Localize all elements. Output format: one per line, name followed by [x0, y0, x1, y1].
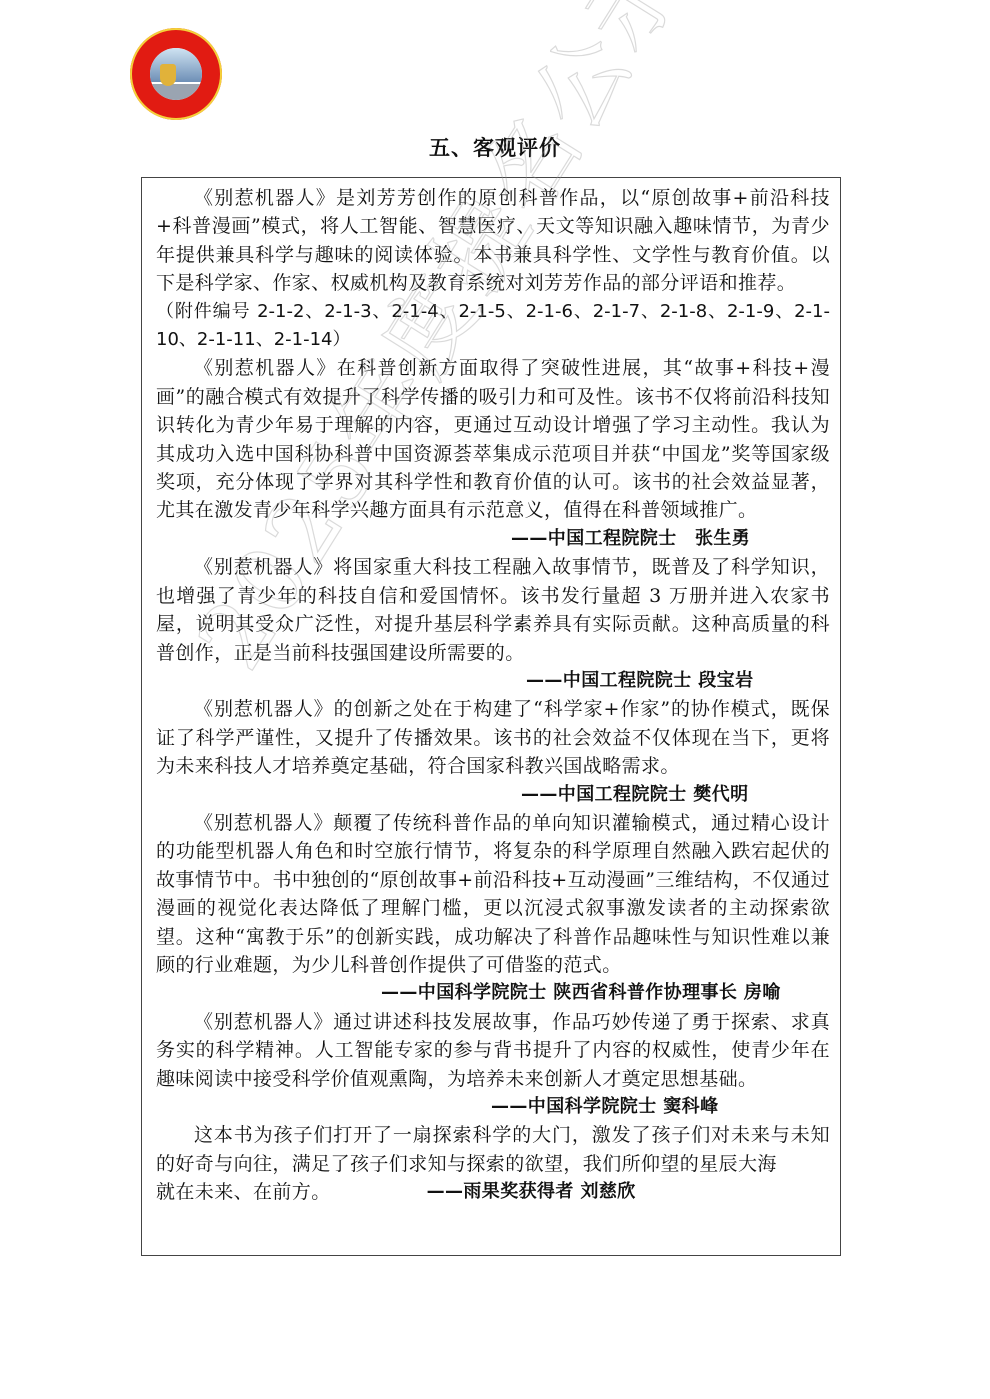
review-signature: ——中国工程院院士 段宝岩 [156, 667, 830, 695]
review-signature: ——中国科学院院士 陕西省科普作协理事长 房喻 [156, 979, 830, 1007]
review-signature: ——雨果奖获得者 刘慈欣 [427, 1178, 636, 1206]
review-text: 这本书为孩子们打开了一扇探索科学的大门，激发了孩子们对未来与未知的好奇与向往，满… [156, 1121, 830, 1178]
review-text: 《别惹机器人》将国家重大科技工程融入故事情节，既普及了科学知识，也增强了青少年的… [156, 553, 830, 667]
review-signature: ——中国工程院院士 张生勇 [156, 525, 830, 553]
review-text: 《别惹机器人》的创新之处在于构建了“科学家+作家”的协作模式，既保证了科学严谨性… [156, 695, 830, 780]
organization-seal-logo [130, 28, 222, 120]
evaluation-box: 《别惹机器人》是刘芳芳创作的原创科普作品，以“原创故事+前沿科技+科普漫画”模式… [141, 177, 841, 1256]
review-signature: ——中国工程院院士 樊代明 [156, 781, 830, 809]
review-text: 《别惹机器人》通过讲述科技发展故事，作品巧妙传递了勇于探索、求真务实的科学精神。… [156, 1008, 830, 1093]
review-text: 《别惹机器人》颠覆了传统科普作品的单向知识灌输模式，通过精心设计的功能型机器人角… [156, 809, 830, 979]
section-title: 五、客观评价 [0, 132, 990, 162]
intro-paragraph: 《别惹机器人》是刘芳芳创作的原创科普作品，以“原创故事+前沿科技+科普漫画”模式… [156, 184, 830, 298]
review-text-tail: 就在未来、在前方。 [156, 1178, 331, 1206]
attachment-reference: （附件编号 2-1-2、2-1-3、2-1-4、2-1-5、2-1-6、2-1-… [156, 298, 830, 355]
review-text: 《别惹机器人》在科普创新方面取得了突破性进展，其“故事+科技+漫画”的融合模式有… [156, 354, 830, 524]
review-signature: ——中国科学院院士 窦科峰 [156, 1093, 830, 1121]
final-review-line: 就在未来、在前方。 ——雨果奖获得者 刘慈欣 [156, 1178, 830, 1206]
seal-emblem-icon [150, 48, 202, 100]
